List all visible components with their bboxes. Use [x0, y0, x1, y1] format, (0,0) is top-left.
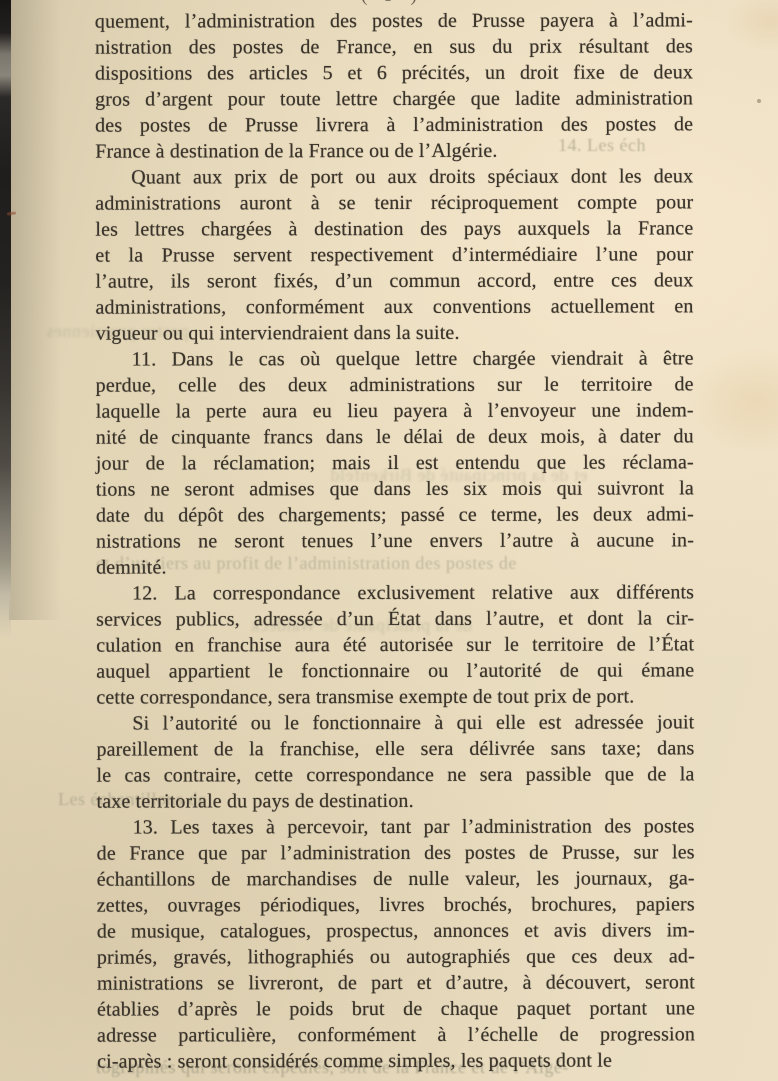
- text-line: nistration des postes de France, en sus …: [95, 33, 693, 60]
- text-line: 12. La correspondance exclusivement rela…: [96, 579, 694, 606]
- text-line: nistrations ne seront tenues l’une enver…: [96, 527, 694, 554]
- text-line: de France que par l’administration des p…: [97, 839, 695, 866]
- text-line: demnité.: [96, 553, 694, 580]
- text-line: ministrations se livreront, de part et d…: [97, 969, 695, 996]
- gutter-shadow: [9, 0, 61, 620]
- paragraph: quement, l’administration des postes de …: [95, 7, 693, 164]
- text-line: laquelle la perte aura eu lieu payera à …: [96, 397, 694, 424]
- text-line: nité de cinquante francs dans le délai d…: [96, 423, 694, 450]
- text-line: administrations, conformément aux conven…: [95, 293, 693, 320]
- text-line: Quant aux prix de port ou aux droits spé…: [95, 163, 693, 190]
- text-line: France à destination de la France ou de …: [95, 137, 693, 164]
- text-line: zettes, ouvrages périodiques, livres bro…: [97, 891, 695, 918]
- text-line: perdue, celle des deux administrations s…: [96, 371, 694, 398]
- text-line: quement, l’administration des postes de …: [95, 7, 693, 34]
- paragraph: 12. La correspondance exclusivement rela…: [96, 579, 694, 710]
- text-line: pareillement de la franchise, elle sera …: [96, 735, 694, 762]
- text-line: gros d’argent pour toute lettre chargée …: [95, 85, 693, 112]
- paragraph: Quant aux prix de port ou aux droits spé…: [95, 163, 693, 346]
- text-line: administrations auront à se tenir récipr…: [95, 189, 693, 216]
- text-line: les lettres chargées à destination des p…: [95, 215, 693, 242]
- text-line: le cas contraire, cette correspondance n…: [96, 761, 694, 788]
- text-line: de musique, catalogues, prospectus, anno…: [97, 917, 695, 944]
- text-line: et la Prusse servent respectivement d’in…: [95, 241, 693, 268]
- text-line: taxe territoriale du pays de destination…: [97, 787, 695, 814]
- text-line: culation en franchise aura été autorisée…: [96, 631, 694, 658]
- page-number-fragment: ( 9 ): [322, 0, 462, 7]
- text-line: Si l’autorité ou le fonctionnaire à qui …: [96, 709, 694, 736]
- text-line: 13. Les taxes à percevoir, tant par l’ad…: [97, 813, 695, 840]
- paragraph: 11. Dans le cas où quelque lettre chargé…: [96, 345, 694, 580]
- text-line: établies d’après le poids brut de chaque…: [97, 995, 695, 1022]
- paper-stain: [757, 99, 761, 103]
- text-line: services publics, adressée d’un État dan…: [96, 605, 694, 632]
- paragraph: Si l’autorité ou le fonctionnaire à qui …: [96, 709, 694, 814]
- text-line: adresse particulière, conformément à l’é…: [97, 1021, 695, 1048]
- text-line: date du dépôt des chargements; passé ce …: [96, 501, 694, 528]
- text-line: l’autre, ils seront fixés, d’un commun a…: [95, 267, 693, 294]
- text-line: primés, gravés, lithographiés ou autogra…: [97, 943, 695, 970]
- text-line: 11. Dans le cas où quelque lettre chargé…: [96, 345, 694, 372]
- text-line: tions ne seront admises que dans les six…: [96, 475, 694, 502]
- text-line: échantillons de marchandises de nulle va…: [97, 865, 695, 892]
- text-line: vigueur ou qui interviendraient dans la …: [96, 319, 694, 346]
- text-line: des postes de Prusse livrera à l’adminis…: [95, 111, 693, 138]
- text-line: cette correspondance, sera transmise exe…: [96, 683, 694, 710]
- text-line: ci-après : seront considérés comme simpl…: [97, 1047, 695, 1074]
- text-line: auquel appartient le fonctionnaire ou l’…: [96, 657, 694, 684]
- scanned-book-edge: [0, 0, 11, 1081]
- page-text: quement, l’administration des postes de …: [95, 7, 695, 1074]
- text-line: dispositions des articles 5 et 6 précité…: [95, 59, 693, 86]
- text-line: jour de la réclamation; mais il est ente…: [96, 449, 694, 476]
- paragraph: 13. Les taxes à percevoir, tant par l’ad…: [97, 813, 696, 1074]
